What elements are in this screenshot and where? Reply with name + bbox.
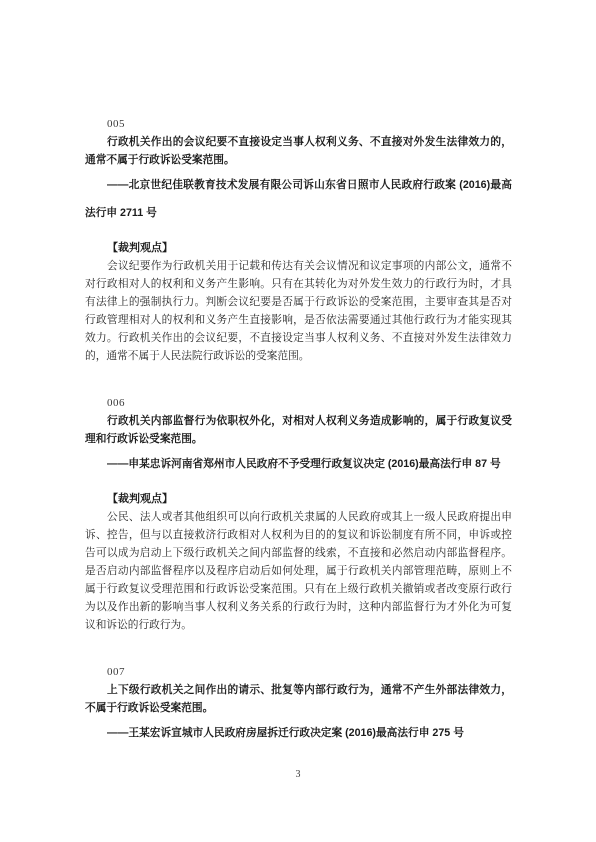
page-number: 3: [0, 768, 596, 782]
case-citation: ——王某宏诉宣城市人民政府房屋拆迁行政决定案 (2016)最高法行申 275 号: [85, 719, 512, 747]
case-number: 006: [85, 394, 512, 412]
case-number: 005: [85, 115, 512, 133]
opinion-heading: 【裁判观点】: [85, 490, 512, 508]
case-headnote: 行政机关作出的会议纪要不直接设定当事人权利义务、不直接对外发生法律效力的，通常不…: [85, 133, 512, 169]
case-headnote: 上下级行政机关之间作出的请示、批复等内部行政行为，通常不产生外部法律效力，不属于…: [85, 681, 512, 717]
case-entry-006: 006 行政机关内部监督行为依职权外化，对相对人权利义务造成影响的，属于行政复议…: [85, 394, 512, 634]
case-number: 007: [85, 663, 512, 681]
opinion-text: 公民、法人或者其他组织可以向行政机关隶属的人民政府或其上一级人民政府提出申诉、控…: [85, 508, 512, 634]
opinion-heading: 【裁判观点】: [85, 239, 512, 257]
opinion-text: 会议纪要作为行政机关用于记载和传达有关会议情况和议定事项的内部公文，通常不对行政…: [85, 257, 512, 365]
page-content: 005 行政机关作出的会议纪要不直接设定当事人权利义务、不直接对外发生法律效力的…: [0, 0, 596, 747]
case-entry-005: 005 行政机关作出的会议纪要不直接设定当事人权利义务、不直接对外发生法律效力的…: [85, 115, 512, 365]
scanned-book-page: 005 行政机关作出的会议纪要不直接设定当事人权利义务、不直接对外发生法律效力的…: [0, 0, 596, 842]
case-entry-007: 007 上下级行政机关之间作出的请示、批复等内部行政行为，通常不产生外部法律效力…: [85, 663, 512, 747]
case-citation: ——北京世纪佳联教育技术发展有限公司诉山东省日照市人民政府行政案 (2016)最…: [85, 171, 512, 227]
case-citation: ——申某忠诉河南省郑州市人民政府不予受理行政复议决定 (2016)最高法行申 8…: [85, 450, 512, 478]
case-headnote: 行政机关内部监督行为依职权外化，对相对人权利义务造成影响的，属于行政复议受理和行…: [85, 412, 512, 448]
